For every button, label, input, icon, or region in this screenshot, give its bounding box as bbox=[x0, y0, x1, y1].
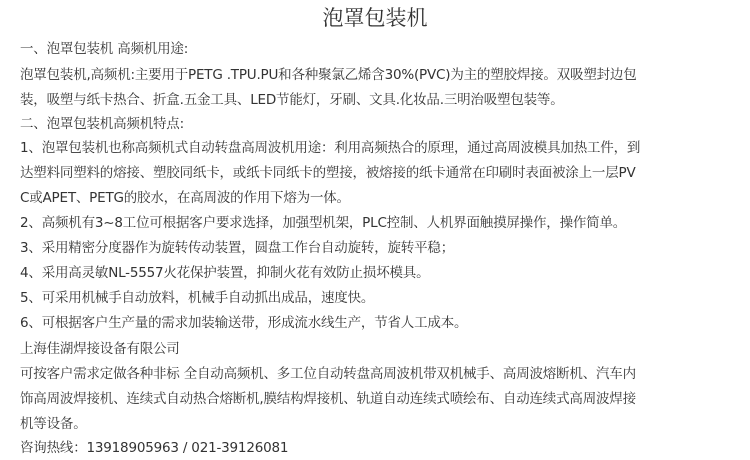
document: 泡罩包装机 一、泡罩包装机 高频机用途: 泡罩包装机,高频机:主要用于PETG … bbox=[0, 0, 750, 460]
feature-2: 2、高频机有3~8工位可根据客户要求选择，加强型机架，PLC控制、人机界面触摸屏… bbox=[20, 214, 710, 232]
usage-text-line-1: 泡罩包装机,高频机:主要用于PETG .TPU.PU和各种聚氯乙烯含30%(PV… bbox=[20, 66, 710, 84]
hotline: 咨询热线：13918905963 / 021-39126081 bbox=[20, 439, 710, 457]
usage-text-line-2: 装，吸塑与纸卡热合、折盒.五金工具、LED节能灯，牙刷、文具.化妆品.三明治吸塑… bbox=[20, 91, 710, 109]
feature-4: 4、采用高灵敏NL-5557火花保护装置，抑制火花有效防止损坏模具。 bbox=[20, 264, 710, 282]
page-title: 泡罩包装机 bbox=[0, 4, 750, 32]
company-name: 上海佳湖焊接设备有限公司 bbox=[20, 340, 710, 358]
feature-5: 5、可采用机械手自动放料，机械手自动抓出成品，速度快。 bbox=[20, 289, 710, 307]
company-description-line-1: 可按客户需求定做各种非标 全自动高频机、多工位自动转盘高周波机带双机械手、高周波… bbox=[20, 365, 710, 383]
company-description-line-3: 机等设备。 bbox=[20, 415, 710, 433]
feature-1-line-2: 达塑料同塑料的熔接、塑胶同纸卡，或纸卡同纸卡的塑接，被熔接的纸卡通常在印刷时表面… bbox=[20, 164, 710, 182]
company-description-line-2: 饰高周波焊接机、连续式自动热合熔断机,膜结构焊接机、轨道自动连续式喷绘布、自动连… bbox=[20, 390, 710, 408]
feature-1-line-3: C或APET、PETG的胶水，在高周波的作用下熔为一体。 bbox=[20, 189, 710, 207]
usage-heading: 一、泡罩包装机 高频机用途: bbox=[20, 40, 710, 58]
features-heading: 二、泡罩包装机高频机特点: bbox=[20, 115, 710, 133]
feature-1-line-1: 1、泡罩包装机也称高频机式自动转盘高周波机用途：利用高频热合的原理，通过高周波模… bbox=[20, 139, 710, 157]
feature-6: 6、可根据客户生产量的需求加装输送带，形成流水线生产，节省人工成本。 bbox=[20, 314, 710, 332]
feature-3: 3、采用精密分度器作为旋转传动装置，圆盘工作台自动旋转，旋转平稳； bbox=[20, 239, 710, 257]
